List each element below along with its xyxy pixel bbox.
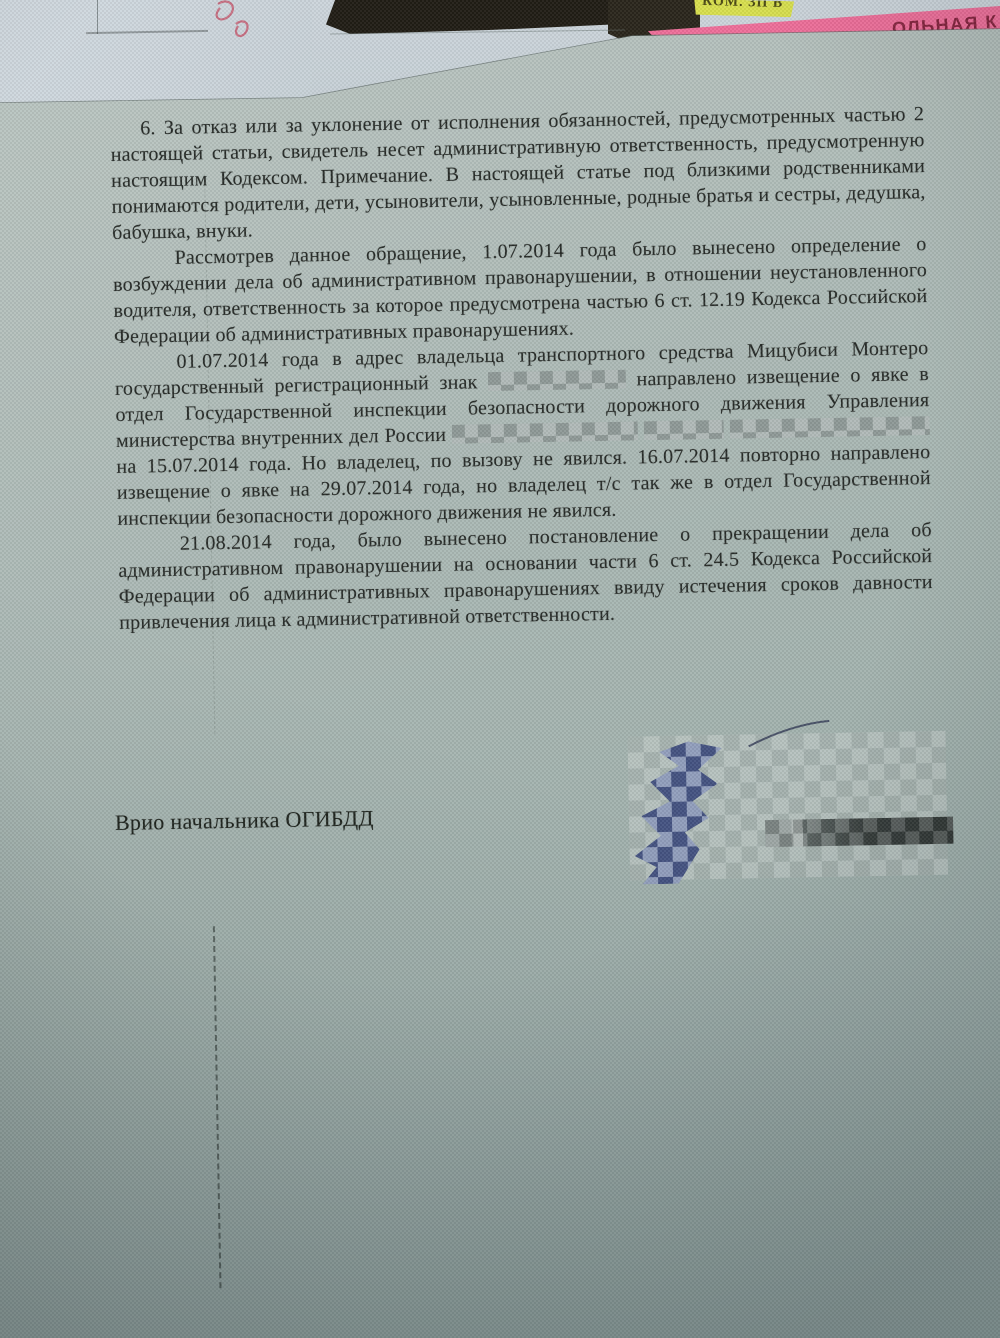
- paragraph-notices-text-3: на 15.07.2014 года. Но владелец, по вызо…: [116, 441, 931, 530]
- paragraph-notices: 01.07.2014 года в адрес владельца трансп…: [114, 335, 931, 532]
- yellow-sticky-note-label: КОМ. ЗП В: [694, 0, 794, 12]
- redacted-address-part: [644, 420, 724, 440]
- signature-title: Врио начальника ОГИБДД: [115, 805, 374, 836]
- paragraph-termination: 21.08.2014 года, было вынесено постановл…: [118, 517, 934, 636]
- photo-of-document: КОМ. ЗП В ОЛЬНАЯ К 6. За отказ или за ук…: [0, 0, 1000, 1338]
- red-pen-scribble: [198, 0, 268, 40]
- document-page: 6. За отказ или за уклонение от исполнен…: [0, 0, 1000, 1338]
- redacted-department-name: [452, 421, 638, 443]
- fold-crease: [213, 926, 222, 1288]
- redacted-address-part: [730, 416, 930, 439]
- document-content: 6. За отказ или за уклонение от исполнен…: [110, 101, 933, 636]
- paragraph-note-article: 6. За отказ или за уклонение от исполнен…: [110, 101, 926, 246]
- dark-desk-object: [326, 0, 628, 34]
- yellow-sticky-note: КОМ. ЗП В: [694, 0, 794, 17]
- redacted-signer-name: [765, 817, 953, 847]
- paper-edge-line: [97, 0, 98, 34]
- paragraph-determination: Рассмотрев данное обращение, 1.07.2014 г…: [112, 231, 928, 350]
- document-body-text: 6. За отказ или за уклонение от исполнен…: [110, 101, 933, 636]
- redacted-registration-number: [488, 370, 626, 392]
